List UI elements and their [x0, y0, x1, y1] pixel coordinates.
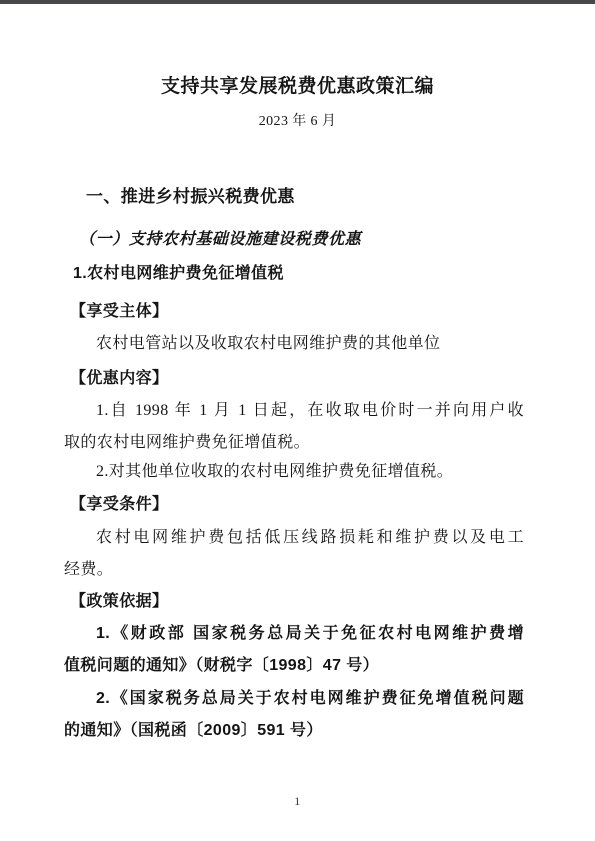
basis-citation-1-line-1: 1.《财政部 国家税务总局关于免征农村电网维护费增	[64, 623, 524, 644]
benefit-paragraph-1-line-1: 1.自 1998 年 1 月 1 日起，在收取电价时一并向用户收	[64, 400, 524, 421]
section-heading: （一）支持农村基础设施建设税费优惠	[64, 229, 524, 250]
benefit-paragraph-2: 2.对其他单位收取的农村电网维护费免征增值税。	[64, 461, 524, 482]
basis-citation-2-line-2: 的通知》（国税函〔2009〕591 号）	[64, 720, 524, 741]
subject-label: 【享受主体】	[64, 301, 524, 322]
subject-text: 农村电管站以及收取农村电网维护费的其他单位	[64, 333, 524, 354]
benefit-paragraph-1-line-2: 取的农村电网维护费免征增值税。	[64, 432, 524, 453]
chapter-heading: 一、推进乡村振兴税费优惠	[64, 186, 524, 207]
condition-label: 【享受条件】	[64, 494, 524, 515]
basis-label: 【政策依据】	[64, 591, 524, 612]
basis-citation-1-line-2: 值税问题的通知》（财税字〔1998〕47 号）	[64, 655, 524, 676]
document-title: 支持共享发展税费优惠政策汇编	[0, 76, 595, 97]
benefit-label: 【优惠内容】	[64, 368, 524, 389]
basis-citation-2-line-1: 2.《国家税务总局关于农村电网维护费征免增值税问题	[64, 688, 524, 709]
policy-item-heading: 1.农村电网维护费免征增值税	[64, 263, 524, 284]
condition-text-line-2: 经费。	[64, 559, 524, 580]
document-date: 2023 年 6 月	[0, 111, 595, 132]
condition-text-line-1: 农村电网维护费包括低压线路损耗和维护费以及电工	[64, 527, 524, 548]
document-page: 支持共享发展税费优惠政策汇编 2023 年 6 月 一、推进乡村振兴税费优惠 （…	[0, 0, 595, 841]
page-number: 1	[0, 791, 595, 812]
scan-top-border	[0, 0, 595, 4]
